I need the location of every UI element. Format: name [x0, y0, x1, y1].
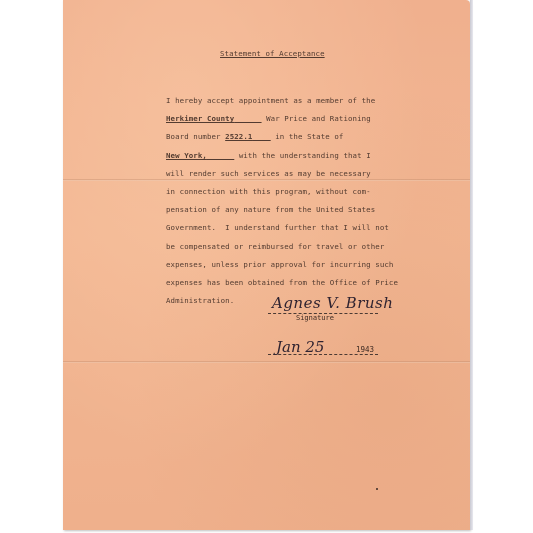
- handwritten-date: Jan 25: [276, 338, 324, 356]
- typed-text: pensation of any nature from the United …: [166, 205, 375, 214]
- typed-text: in the State of: [271, 132, 344, 141]
- signature-label: Signature: [296, 314, 334, 322]
- typed-text: Board number: [166, 132, 225, 141]
- body-line: will render such services as may be nece…: [166, 169, 371, 178]
- body-line: pensation of any nature from the United …: [166, 205, 375, 214]
- filled-field: 2522.1: [225, 132, 252, 141]
- typed-text: in connection with this program, without…: [166, 187, 371, 196]
- body-line: be compensated or reimbursed for travel …: [166, 242, 384, 251]
- document-page: Statement of Acceptance I hereby accept …: [63, 0, 470, 530]
- typed-text: expenses, unless prior approval for incu…: [166, 260, 393, 269]
- typed-text: expenses has been obtained from the Offi…: [166, 278, 398, 287]
- document-title: Statement of Acceptance: [220, 49, 325, 58]
- typed-text: be compensated or reimbursed for travel …: [166, 242, 384, 251]
- fold-line: [63, 179, 470, 181]
- typed-text: with the understanding that I: [234, 151, 371, 160]
- fold-line: [63, 361, 470, 363]
- blank-underline: ______: [234, 114, 261, 123]
- body-line: expenses has been obtained from the Offi…: [166, 278, 398, 287]
- filled-field: Herkimer County: [166, 114, 234, 123]
- date-year: 1943: [356, 345, 374, 354]
- typed-text: War Price and Rationing: [262, 114, 371, 123]
- body-line: expenses, unless prior approval for incu…: [166, 260, 393, 269]
- blank-underline: ____: [252, 132, 270, 141]
- handwritten-signature: Agnes V. Brush: [272, 294, 393, 312]
- typed-text: will render such services as may be nece…: [166, 169, 371, 178]
- body-line: New York,______ with the understanding t…: [166, 151, 371, 160]
- body-line: in connection with this program, without…: [166, 187, 371, 196]
- paper-edge: [470, 0, 473, 530]
- typed-text: Administration.: [166, 296, 234, 305]
- body-line: I hereby accept appointment as a member …: [166, 96, 375, 105]
- body-line: Herkimer County______ War Price and Rati…: [166, 114, 371, 123]
- blank-underline: ______: [207, 151, 234, 160]
- body-line: Administration.: [166, 296, 234, 305]
- body-line: Government. I understand further that I …: [166, 223, 389, 232]
- body-line: Board number 2522.1____ in the State of: [166, 132, 343, 141]
- typed-text: Government. I understand further that I …: [166, 223, 389, 232]
- paper-speck: [376, 488, 378, 490]
- filled-field: New York,: [166, 151, 207, 160]
- typed-text: I hereby accept appointment as a member …: [166, 96, 375, 105]
